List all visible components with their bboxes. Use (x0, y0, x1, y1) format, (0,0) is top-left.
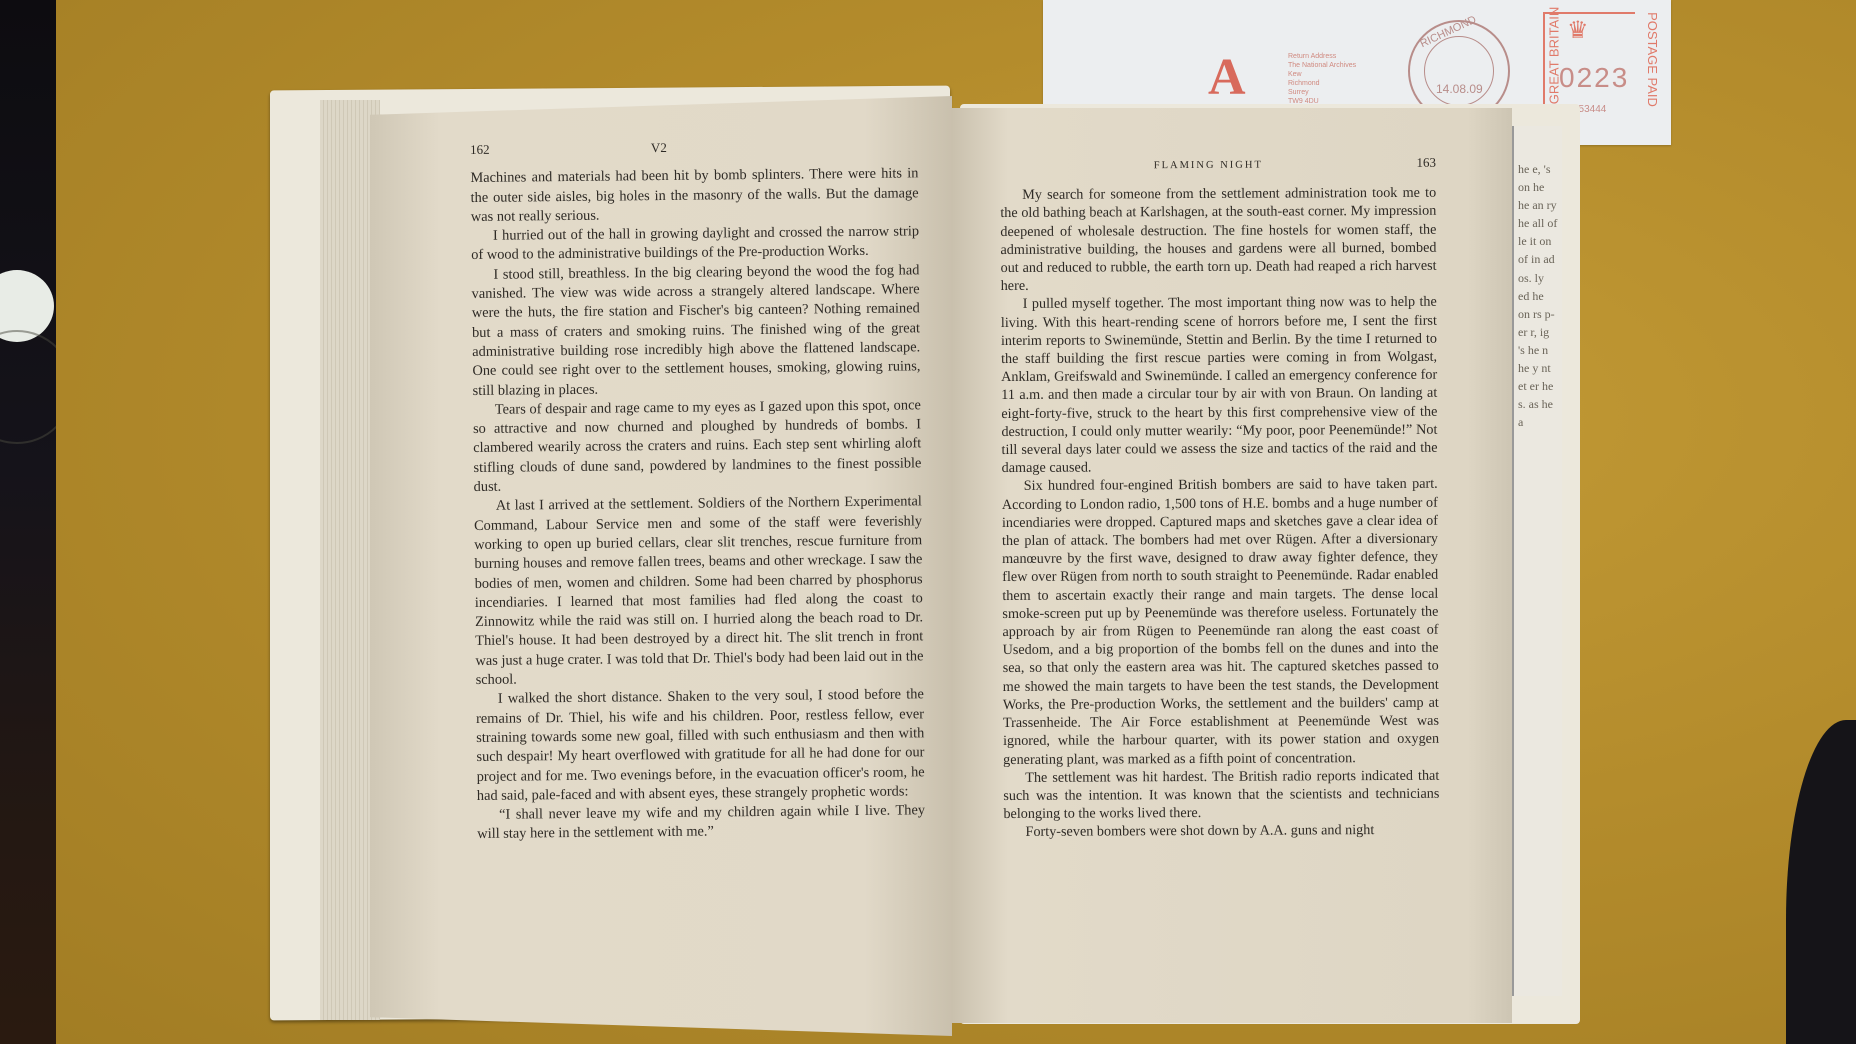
paragraph: The settlement was hit hardest. The Brit… (1003, 766, 1439, 823)
right-running-head: FLAMING NIGHT 163 (1000, 154, 1436, 176)
paragraph: I pulled myself together. The most impor… (1001, 293, 1438, 477)
archives-logo-icon: A (1208, 48, 1246, 107)
paragraph: At last I arrived at the settlement. Sol… (474, 493, 924, 691)
left-page-text: 162 V2 Machines and materials had been h… (470, 135, 925, 844)
paragraph: My search for someone from the settlemen… (1000, 184, 1437, 296)
paragraph: I stood still, breathless. In the big cl… (471, 261, 920, 401)
paragraph: “I shall never leave my wife and my chil… (477, 801, 925, 844)
next-page-edge: he e, 's on he he an ry he all of le it … (1512, 126, 1562, 996)
paragraph: I hurried out of the hall in growing day… (471, 222, 919, 265)
paragraph: Tears of despair and rage came to my eye… (473, 396, 922, 497)
right-page-text: FLAMING NIGHT 163 My search for someone … (1000, 154, 1440, 842)
left-running-head: 162 V2 (470, 135, 918, 159)
running-head-title: V2 (489, 135, 918, 159)
postmark-date: 14.08.09 (1436, 82, 1483, 96)
paragraph: I walked the short distance. Shaken to t… (476, 686, 925, 806)
paragraph: Forty-seven bombers were shot down by A.… (1003, 821, 1439, 841)
frank-status: POSTAGE PAID (1645, 12, 1660, 107)
paragraph: Six hundred four-engined British bombers… (1002, 475, 1440, 769)
running-head-title: FLAMING NIGHT (1000, 156, 1417, 176)
dark-background-left (0, 0, 56, 1044)
page-number: 162 (470, 140, 490, 160)
crown-icon: ♛ (1567, 16, 1589, 45)
frank-amount: 0223 (1559, 62, 1629, 94)
return-address: Return Address The National Archives Kew… (1288, 52, 1356, 106)
paragraph: Machines and materials had been hit by b… (470, 165, 919, 228)
page-number: 163 (1416, 154, 1436, 172)
edge-text-fragments: he e, 's on he he an ry he all of le it … (1518, 160, 1558, 431)
